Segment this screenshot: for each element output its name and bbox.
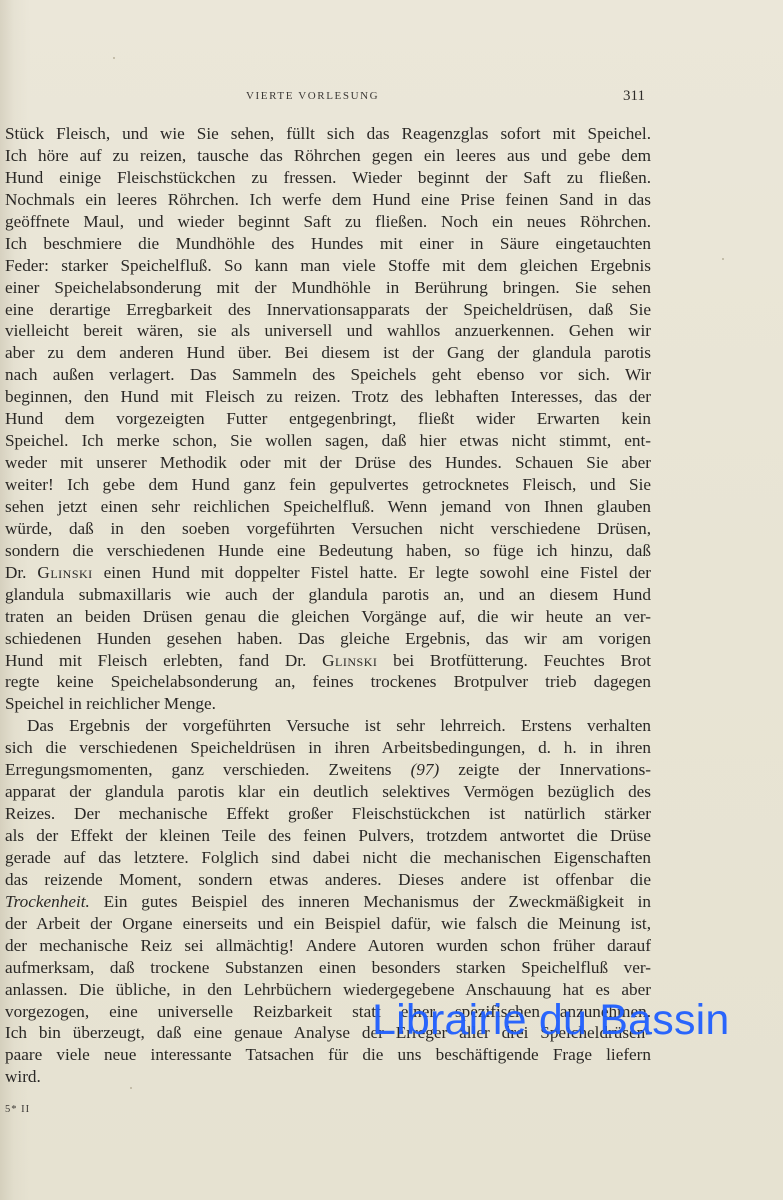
body-text: Stück Fleisch, und wie Sie sehen, füllt …	[5, 123, 651, 1088]
text-fragment: zeigte der Innervations-	[439, 760, 651, 779]
watermark: Librairie du Bassin	[372, 996, 730, 1044]
text-line: als der Effekt der kleinen Teile des fei…	[5, 825, 651, 847]
text-line: einer Speichelabsonderung mit der Mundhö…	[5, 277, 651, 299]
text-line: sondern die verschiedenen Hunde eine Bed…	[5, 540, 651, 562]
text-line: glandula submaxillaris wie auch der glan…	[5, 584, 651, 606]
text-line: vielleicht bereit wären, sie als univers…	[5, 320, 651, 342]
text-line: beginnen, den Hund mit Fleisch zu reizen…	[5, 386, 651, 408]
text-line: sich die verschiedenen Speicheldrüsen in…	[5, 737, 651, 759]
text-line: Hund einige Fleischstückchen zu fressen.…	[5, 167, 651, 189]
author-name-glinski: Glinski	[37, 563, 92, 582]
page-number: 311	[623, 88, 645, 105]
author-name-glinski: Glinski	[322, 651, 377, 670]
text-line: würde, daß in den soeben vorgeführten Ve…	[5, 518, 651, 540]
text-line: Feder: starker Speichelfluß. So kann man…	[5, 255, 651, 277]
emphasized-term: Trockenheit.	[5, 892, 90, 911]
paper-speck	[722, 258, 724, 260]
marginal-reference: (97)	[411, 760, 440, 779]
paragraph-end-line: Speichel in reichlicher Menge.	[5, 693, 651, 715]
text-line: geöffnete Maul, und wieder beginnt Saft …	[5, 211, 651, 233]
text-line: der Arbeit der Organe einerseits und ein…	[5, 913, 651, 935]
text-line: eine derartige Erregbarkeit des Innervat…	[5, 299, 651, 321]
text-line: regte keine Speichelabsonderung an, fein…	[5, 671, 651, 693]
book-page: VIERTE VORLESUNG 311 Stück Fleisch, und …	[0, 0, 783, 1200]
text-line: apparat der glandula parotis klar ein de…	[5, 781, 651, 803]
text-line: Erregungsmomenten, ganz verschieden. Zwe…	[5, 759, 651, 781]
text-line: nach außen verlagert. Das Sammeln des Sp…	[5, 364, 651, 386]
text-fragment: Dr.	[5, 563, 37, 582]
paragraph-end-line: wird.	[5, 1066, 651, 1088]
paper-speck	[113, 57, 115, 59]
text-line: das reizende Moment, sondern etwas ander…	[5, 869, 651, 891]
paragraph-first-line: Das Ergebnis der vorgeführten Versuche i…	[5, 715, 651, 737]
text-line: traten an beiden Drüsen genau die gleich…	[5, 606, 651, 628]
text-line: Hund dem vorgezeigten Futter entgegenbri…	[5, 408, 651, 430]
text-line: weder mit unserer Methodik oder mit der …	[5, 452, 651, 474]
text-line: aufmerksam, daß trockene Substanzen eine…	[5, 957, 651, 979]
text-line: Hund mit Fleisch erlebten, fand Dr. Glin…	[5, 650, 651, 672]
text-line: Ich beschmiere die Mundhöhle des Hundes …	[5, 233, 651, 255]
text-line: gerade auf das letztere. Folglich sind d…	[5, 847, 651, 869]
text-fragment: Hund mit Fleisch erlebten, fand Dr.	[5, 651, 322, 670]
text-fragment: Erregungsmomenten, ganz verschieden. Zwe…	[5, 760, 411, 779]
running-title: VIERTE VORLESUNG	[246, 90, 379, 102]
text-line: Dr. Glinski einen Hund mit doppelter Fis…	[5, 562, 651, 584]
text-line: sehen jetzt einen sehr reichlichen Speic…	[5, 496, 651, 518]
text-line: Speichel. Ich merke schon, Sie wollen sa…	[5, 430, 651, 452]
text-fragment: Ein gutes Beispiel des inneren Mechanism…	[90, 892, 651, 911]
text-line: aber zu dem anderen Hund über. Bei diese…	[5, 342, 651, 364]
text-line: weiter! Ich gebe dem Hund ganz fein gepu…	[5, 474, 651, 496]
running-header: VIERTE VORLESUNG 311	[0, 88, 650, 108]
text-line: der mechanische Reiz sei allmächtig! And…	[5, 935, 651, 957]
paper-speck	[130, 1087, 132, 1089]
text-line: paare viele neue interessante Tatsachen …	[5, 1044, 651, 1066]
text-fragment: einen Hund mit doppelter Fistel hatte. E…	[93, 563, 651, 582]
text-line: Nochmals ein leeres Röhrchen. Ich werfe …	[5, 189, 651, 211]
text-line: Stück Fleisch, und wie Sie sehen, füllt …	[5, 123, 651, 145]
signature-mark: 5* II	[5, 1104, 30, 1115]
text-line: Ich höre auf zu reizen, tausche das Röhr…	[5, 145, 651, 167]
text-line: schiedenen Hunden gesehen haben. Das gle…	[5, 628, 651, 650]
text-fragment: bei Brotfütterung. Feuchtes Brot	[377, 651, 651, 670]
text-line: Reizes. Der mechanische Effekt großer Fl…	[5, 803, 651, 825]
text-line: Trockenheit. Ein gutes Beispiel des inne…	[5, 891, 651, 913]
